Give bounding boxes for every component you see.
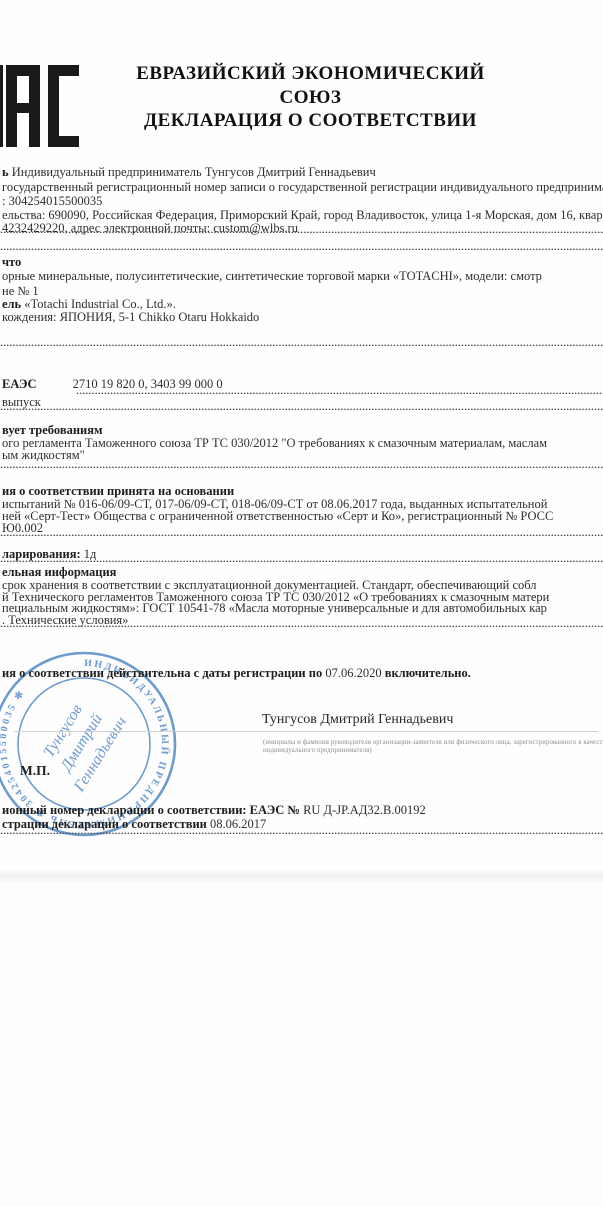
applicant-line-2: государственный регистрационный номер за… [2, 180, 603, 194]
declares-label: что [2, 255, 21, 269]
dotted-separator [0, 559, 603, 562]
declaration-document-page: ИНДИВИДУАЛЬНЫЙ ПРЕДПРИНИМАТЕЛЬ ✻ 3042540… [0, 0, 603, 1206]
dotted-underline [76, 391, 603, 394]
signature-note-line-1: (инициалы и фамилия руководителя организ… [263, 739, 603, 747]
applicant-label-fragment: ь [2, 165, 9, 179]
applicant-name: Индивидуальный предприниматель Тунгусов … [9, 165, 376, 179]
registration-number-value: RU Д-JP.АД32.В.00192 [303, 803, 426, 817]
applicant-ogrnip: : 304254015500035 [2, 194, 102, 208]
dotted-separator [0, 230, 603, 233]
dotted-separator [0, 247, 603, 250]
manufacturer-line: ель «Totachi Industrial Co., Ltd.». [2, 297, 176, 311]
title-line-1: ЕВРАЗИЙСКИЙ ЭКОНОМИЧЕСКИЙ [103, 62, 518, 86]
validity-date: 07.06.2020 [325, 666, 381, 680]
registration-number-line: ионный номер декларации о соответствии: … [2, 803, 426, 817]
eac-mark-logo [0, 0, 95, 160]
requirements-heading: вует требованиям [2, 423, 103, 437]
dotted-separator [0, 343, 603, 346]
product-line-2: не № 1 [2, 284, 39, 298]
product-line-1: орные минеральные, полусинтетические, си… [2, 269, 542, 283]
manufacturer-address: кождения: ЯПОНИЯ, 5-1 Chikko Otaru Hokka… [2, 310, 259, 324]
signatory-name: Тунгусов Дмитрий Геннадьевич [262, 712, 453, 728]
basis-line-2: ней «Серт-Тест» Общества с ограниченной … [2, 509, 553, 523]
scan-artifact-band [0, 868, 603, 884]
basis-heading: ия о соответствии принята на основании [2, 484, 234, 498]
manufacturer-label-fragment: ель [2, 297, 21, 311]
registration-date-value: 08.06.2017 [210, 817, 266, 831]
seal-place-mark: М.П. [20, 763, 50, 779]
validity-line: ия о соответствии действительна с даты р… [2, 666, 471, 680]
validity-suffix: включительно. [382, 666, 471, 680]
validity-prefix: ия о соответствии действительна с даты р… [2, 666, 325, 680]
title-line-2: СОЮЗ [103, 86, 518, 110]
signature-line [14, 731, 598, 732]
document-title: ЕВРАЗИЙСКИЙ ЭКОНОМИЧЕСКИЙ СОЮЗ ДЕКЛАРАЦИ… [103, 62, 518, 133]
dotted-separator [0, 533, 603, 536]
title-line-3: ДЕКЛАРАЦИЯ О СООТВЕТСТВИИ [103, 109, 518, 133]
signature-note-line-2: индивидуального предпринимателя) [263, 747, 372, 755]
dotted-separator [0, 407, 603, 410]
dotted-separator [0, 831, 603, 834]
requirements-line-2: ым жидкостям" [2, 448, 85, 462]
manufacturer-name: «Totachi Industrial Co., Ltd.». [21, 297, 176, 311]
applicant-address: ельства: 690090, Российская Федерация, П… [2, 208, 603, 222]
dotted-separator [0, 465, 603, 468]
dotted-separator [0, 624, 603, 627]
registration-date-line: страции декларации о соответствии 08.06.… [2, 817, 266, 831]
registration-number-label: ионный номер декларации о соответствии: … [2, 803, 303, 817]
additional-heading: ельная информация [2, 565, 116, 579]
tnved-code-line: ЕАЭС2710 19 820 0, 3403 99 000 0 [2, 377, 223, 391]
applicant-line-1: ь Индивидуальный предприниматель Тунгусо… [2, 165, 376, 179]
tnved-value: 2710 19 820 0, 3403 99 000 0 [73, 377, 223, 391]
tnved-label: ЕАЭС [2, 377, 37, 391]
registration-date-label: страции декларации о соответствии [2, 817, 210, 831]
